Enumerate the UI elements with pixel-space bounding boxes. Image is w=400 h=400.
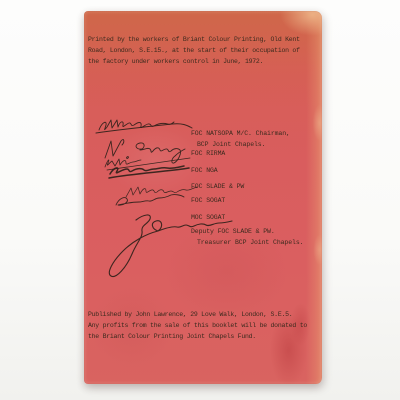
signatory-role-1: FOC NATSOPA M/C. Chairman, BCP Joint Cha… — [191, 128, 290, 150]
signatory-role-2: FOC RIRMA — [191, 148, 225, 159]
role-text: Deputy FOC SLADE & PW. — [191, 226, 303, 237]
booklet-back-cover: Printed by the workers of Briant Colour … — [84, 11, 322, 384]
signature-1-strike — [96, 124, 192, 133]
role-text: Treasurer BCP Joint Chapels. — [191, 237, 303, 248]
imprint-line: the Briant Colour Printing Joint Chapels… — [88, 331, 307, 342]
role-text: FOC SLADE & PW — [191, 181, 244, 192]
signatory-role-7: Deputy FOC SLADE & PW. Treasurer BCP Joi… — [191, 226, 303, 248]
imprint-paragraph: Published by John Lawrence, 29 Love Walk… — [88, 309, 307, 342]
signature-2 — [105, 140, 185, 164]
role-text: FOC NATSOPA M/C. Chairman, — [191, 128, 290, 139]
role-text: MOC SOGAT — [191, 212, 225, 223]
signatory-role-5: FOC SOGAT — [191, 195, 225, 206]
signatory-role-6: MOC SOGAT — [191, 212, 225, 223]
role-text: FOC SOGAT — [191, 195, 225, 206]
imprint-line: Published by John Lawrence, 29 Love Walk… — [88, 309, 307, 320]
signatory-role-4: FOC SLADE & PW — [191, 181, 244, 192]
role-text: FOC RIRMA — [191, 148, 225, 159]
photo-background: Printed by the workers of Briant Colour … — [0, 0, 400, 400]
signatory-role-3: FOC NGA — [191, 165, 218, 176]
imprint-line: Any profits from the sale of this bookle… — [88, 320, 307, 331]
role-text: FOC NGA — [191, 165, 218, 176]
signature-5 — [126, 187, 197, 197]
